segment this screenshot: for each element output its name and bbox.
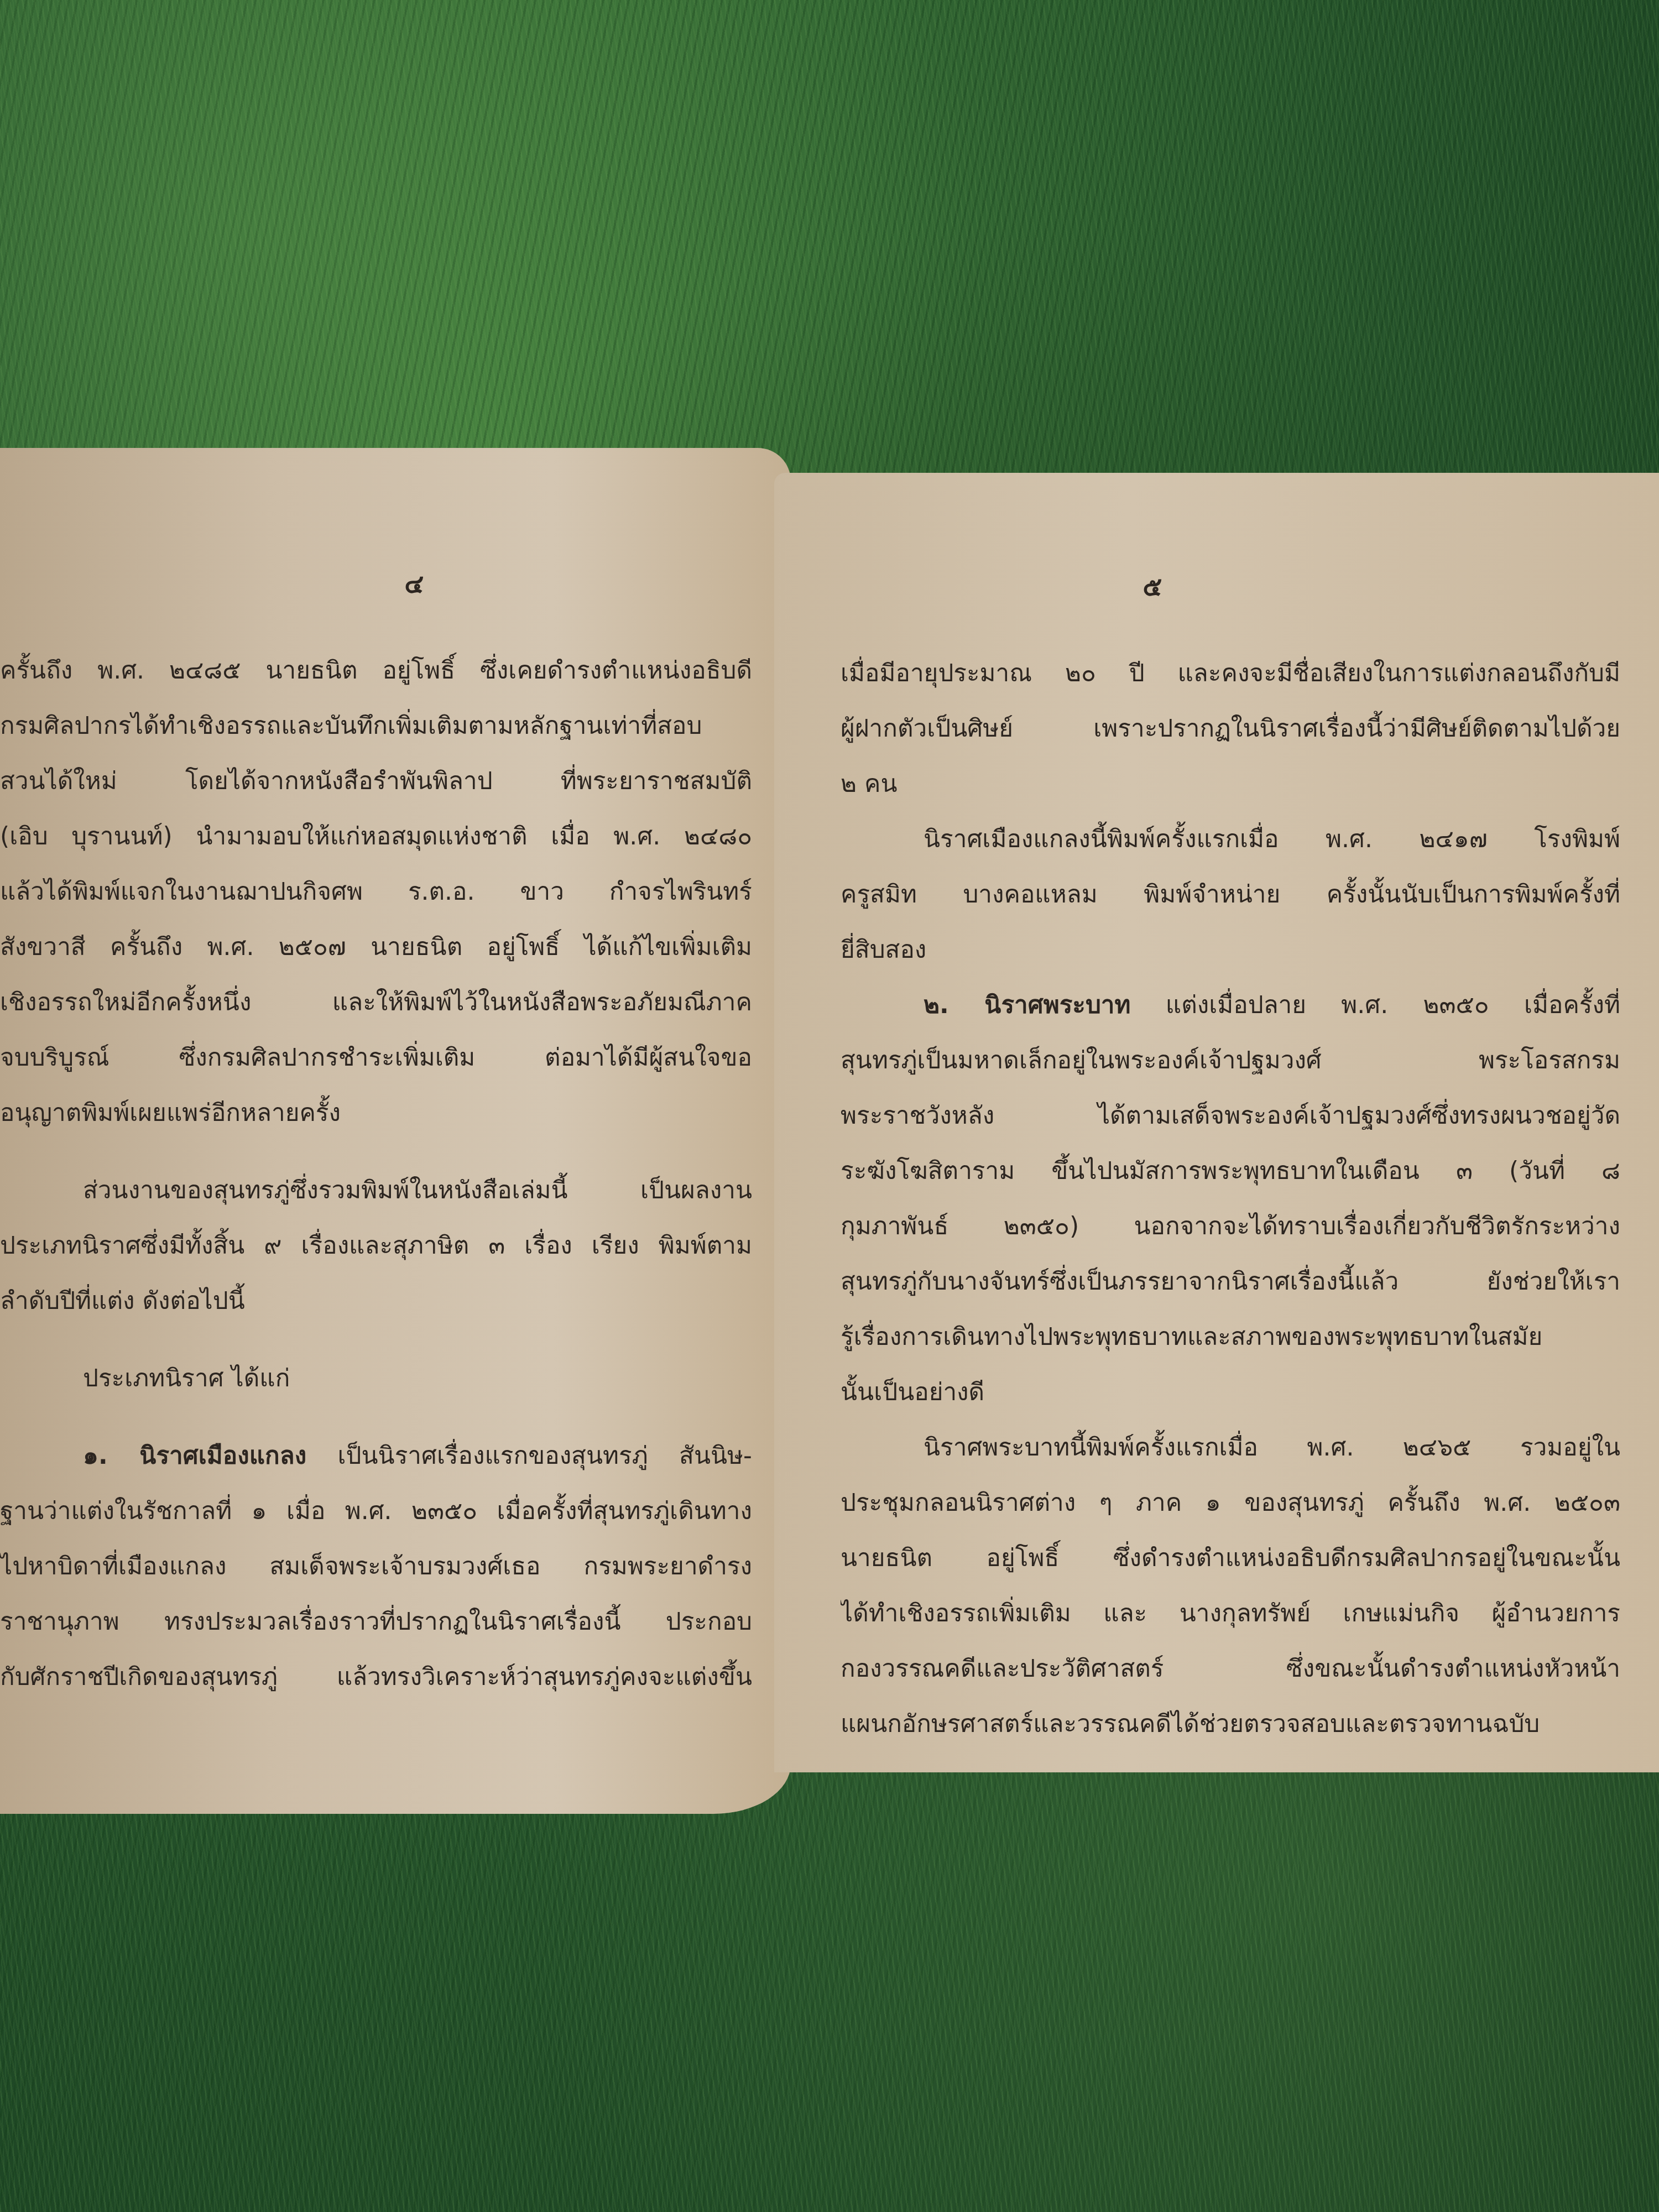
text-line: พระราชวังหลัง ได้ตามเสด็จพระองค์เจ้าปฐมว… xyxy=(841,1088,1620,1144)
line-text: ครูสมิท บางคอแหลม พิมพ์จำหน่าย ครั้งนั้น… xyxy=(841,880,1620,909)
paragraph-gap xyxy=(0,1329,752,1351)
line-text: ผู้ฝากตัวเป็นศิษย์ เพราะปรากฏในนิราศเรื่… xyxy=(841,714,1620,743)
paragraph-gap xyxy=(0,1406,752,1428)
paragraph-gap xyxy=(0,1141,752,1163)
text-line: สุนทรภู่เป็นมหาดเล็กอยู่ในพระองค์เจ้าปฐม… xyxy=(841,1033,1620,1088)
line-text: ฐานว่าแต่งในรัชกาลที่ ๑ เมื่อ พ.ศ. ๒๓๕๐ … xyxy=(0,1497,752,1525)
text-line: เชิงอรรถใหม่อีกครั้งหนึ่ง และให้พิมพ์ไว้… xyxy=(0,975,752,1030)
left-page: ๔ ครั้นถึง พ.ศ. ๒๔๘๕ นายธนิต อยู่โพธิ์ ซ… xyxy=(0,448,791,1814)
line-text: ราชานุภาพ ทรงประมวลเรื่องราวที่ปรากฏในนิ… xyxy=(0,1608,752,1636)
line-text: ประชุมกลอนนิราศต่าง ๆ ภาค ๑ ของสุนทรภู่ … xyxy=(841,1489,1620,1517)
line-text: สวนได้ใหม่ โดยได้จากหนังสือรำพันพิลาป ที… xyxy=(0,767,752,795)
line-text: รู้เรื่องการเดินทางไปพระพุทธบาทและสภาพขอ… xyxy=(841,1323,1542,1351)
line-text: กองวรรณคดีและประวัติศาสตร์ ซึ่งขณะนั้นดำ… xyxy=(841,1655,1620,1683)
line-text: กับศักราชปีเกิดของสุนทรภู่ แล้วทรงวิเครา… xyxy=(0,1663,752,1691)
text-line: ๒ คน xyxy=(841,757,1620,812)
text-line: สังขวาสี ครั้นถึง พ.ศ. ๒๕๐๗ นายธนิต อยู่… xyxy=(0,920,752,975)
line-text: พระราชวังหลัง ได้ตามเสด็จพระองค์เจ้าปฐมว… xyxy=(841,1102,1620,1130)
line-text: แล้วได้พิมพ์แจกในงานฌาปนกิจศพ ร.ต.อ. ขาว… xyxy=(0,878,752,906)
line-text: สุนทรภู่กับนางจันทร์ซึ่งเป็นภรรยาจากนิรา… xyxy=(841,1267,1620,1296)
text-line: ประชุมกลอนนิราศต่าง ๆ ภาค ๑ ของสุนทรภู่ … xyxy=(841,1475,1620,1531)
right-page: ๕ เมื่อมีอายุประมาณ ๒๐ ปี และคงจะมีชื่อเ… xyxy=(774,473,1659,1772)
text-line: กุมภาพันธ์ ๒๓๕๐) นอกจากจะได้ทราบเรื่องเก… xyxy=(841,1199,1620,1254)
text-line: ประเภทนิราศ ได้แก่ xyxy=(0,1351,752,1406)
line-text: กุมภาพันธ์ ๒๓๕๐) นอกจากจะได้ทราบเรื่องเก… xyxy=(841,1212,1620,1240)
text-line: ประเภทนิราศซึ่งมีทั้งสิ้น ๙ เรื่องและสุภ… xyxy=(0,1218,752,1274)
line-text: จบบริบูรณ์ ซึ่งกรมศิลปากรชำระเพิ่มเติม ต… xyxy=(0,1044,752,1072)
open-book: ๔ ครั้นถึง พ.ศ. ๒๔๘๕ นายธนิต อยู่โพธิ์ ซ… xyxy=(0,442,1659,1814)
text-line: อนุญาตพิมพ์เผยแพร่อีกหลายครั้ง xyxy=(0,1086,752,1141)
line-text: (เอิบ บุรานนท์) นำมามอบให้แก่หอสมุดแห่งช… xyxy=(0,822,752,851)
text-line: ไปหาบิดาที่เมืองแกลง สมเด็จพระเจ้าบรมวงศ… xyxy=(0,1539,752,1594)
text-line: จบบริบูรณ์ ซึ่งกรมศิลปากรชำระเพิ่มเติม ต… xyxy=(0,1030,752,1086)
text-line: นั้นเป็นอย่างดี xyxy=(841,1365,1620,1420)
text-line: นิราศเมืองแกลงนี้พิมพ์ครั้งแรกเมื่อ พ.ศ.… xyxy=(841,812,1620,867)
text-line: ระฆังโฆสิตาราม ขึ้นไปนมัสการพระพุทธบาทใน… xyxy=(841,1144,1620,1199)
text-line: นายธนิต อยู่โพธิ์ ซึ่งดำรงตำแหน่งอธิบดีก… xyxy=(841,1531,1620,1586)
text-line: แล้วได้พิมพ์แจกในงานฌาปนกิจศพ ร.ต.อ. ขาว… xyxy=(0,864,752,920)
line-text: อนุญาตพิมพ์เผยแพร่อีกหลายครั้ง xyxy=(0,1099,341,1127)
text-line: กับศักราชปีเกิดของสุนทรภู่ แล้วทรงวิเครา… xyxy=(0,1650,752,1705)
text-line: ส่วนงานของสุนทรภู่ซึ่งรวมพิมพ์ในหนังสือเ… xyxy=(0,1163,752,1218)
text-line: รู้เรื่องการเดินทางไปพระพุทธบาทและสภาพขอ… xyxy=(841,1310,1620,1365)
line-text: นิราศพระบาทนี้พิมพ์ครั้งแรกเมื่อ พ.ศ. ๒๔… xyxy=(924,1433,1620,1462)
section-heading: ๒. นิราศพระบาท xyxy=(924,991,1131,1019)
line-text: เมื่อมีอายุประมาณ ๒๐ ปี และคงจะมีชื่อเสี… xyxy=(841,659,1620,687)
text-line: ลำดับปีที่แต่ง ดังต่อไปนี้ xyxy=(0,1274,752,1329)
line-text: ครั้นถึง พ.ศ. ๒๔๘๕ นายธนิต อยู่โพธิ์ ซึ่… xyxy=(0,656,752,685)
text-line: สวนได้ใหม่ โดยได้จากหนังสือรำพันพิลาป ที… xyxy=(0,754,752,809)
line-text: แต่งเมื่อปลาย พ.ศ. ๒๓๕๐ เมื่อครั้งที่ xyxy=(1131,991,1620,1019)
text-line: ฐานว่าแต่งในรัชกาลที่ ๑ เมื่อ พ.ศ. ๒๓๕๐ … xyxy=(0,1484,752,1539)
line-text: สุนทรภู่เป็นมหาดเล็กอยู่ในพระองค์เจ้าปฐม… xyxy=(841,1046,1620,1074)
line-text: ระฆังโฆสิตาราม ขึ้นไปนมัสการพระพุทธบาทใน… xyxy=(841,1157,1620,1185)
line-text: กรมศิลปากรได้ทำเชิงอรรถและบันทึกเพิ่มเติ… xyxy=(0,712,702,740)
line-text: เป็นนิราศเรื่องแรกของสุนทรภู่ สันนิษ- xyxy=(306,1442,752,1470)
line-text: นายธนิต อยู่โพธิ์ ซึ่งดำรงตำแหน่งอธิบดีก… xyxy=(841,1544,1620,1572)
line-text: แผนกอักษรศาสตร์และวรรณคดีได้ช่วยตรวจสอบแ… xyxy=(841,1710,1540,1738)
line-text: นั้นเป็นอย่างดี xyxy=(841,1378,984,1406)
line-text: ประเภทนิราศซึ่งมีทั้งสิ้น ๙ เรื่องและสุภ… xyxy=(0,1232,752,1260)
left-page-body: ครั้นถึง พ.ศ. ๒๔๘๕ นายธนิต อยู่โพธิ์ ซึ่… xyxy=(0,643,752,1705)
line-text: ยี่สิบสอง xyxy=(841,936,926,964)
text-line: ได้ทำเชิงอรรถเพิ่มเติม และ นางกุลทรัพย์ … xyxy=(841,1586,1620,1641)
text-line: ๑. นิราศเมืองแกลง เป็นนิราศเรื่องแรกของส… xyxy=(0,1428,752,1484)
text-line: ราชานุภาพ ทรงประมวลเรื่องราวที่ปรากฏในนิ… xyxy=(0,1594,752,1650)
text-line: กองวรรณคดีและประวัติศาสตร์ ซึ่งขณะนั้นดำ… xyxy=(841,1641,1620,1697)
line-text: ได้ทำเชิงอรรถเพิ่มเติม และ นางกุลทรัพย์ … xyxy=(841,1599,1620,1627)
line-text: ไปหาบิดาที่เมืองแกลง สมเด็จพระเจ้าบรมวงศ… xyxy=(0,1552,752,1580)
text-line: ๒. นิราศพระบาท แต่งเมื่อปลาย พ.ศ. ๒๓๕๐ เ… xyxy=(841,978,1620,1033)
right-page-body: เมื่อมีอายุประมาณ ๒๐ ปี และคงจะมีชื่อเสี… xyxy=(841,646,1620,1752)
page-number-right: ๕ xyxy=(841,567,1620,607)
line-text: ประเภทนิราศ ได้แก่ xyxy=(83,1364,290,1392)
text-line: ผู้ฝากตัวเป็นศิษย์ เพราะปรากฏในนิราศเรื่… xyxy=(841,701,1620,757)
text-line: นิราศพระบาทนี้พิมพ์ครั้งแรกเมื่อ พ.ศ. ๒๔… xyxy=(841,1420,1620,1475)
text-line: แผนกอักษรศาสตร์และวรรณคดีได้ช่วยตรวจสอบแ… xyxy=(841,1697,1620,1752)
text-line: เมื่อมีอายุประมาณ ๒๐ ปี และคงจะมีชื่อเสี… xyxy=(841,646,1620,701)
text-line: สุนทรภู่กับนางจันทร์ซึ่งเป็นภรรยาจากนิรา… xyxy=(841,1254,1620,1310)
line-text: ส่วนงานของสุนทรภู่ซึ่งรวมพิมพ์ในหนังสือเ… xyxy=(83,1176,752,1204)
text-line: กรมศิลปากรได้ทำเชิงอรรถและบันทึกเพิ่มเติ… xyxy=(0,698,752,754)
line-text: ลำดับปีที่แต่ง ดังต่อไปนี้ xyxy=(0,1287,245,1315)
text-line: ครั้นถึง พ.ศ. ๒๔๘๕ นายธนิต อยู่โพธิ์ ซึ่… xyxy=(0,643,752,698)
line-text: นิราศเมืองแกลงนี้พิมพ์ครั้งแรกเมื่อ พ.ศ.… xyxy=(924,825,1620,853)
section-heading: ๑. นิราศเมืองแกลง xyxy=(83,1442,306,1470)
text-line: ยี่สิบสอง xyxy=(841,922,1620,978)
page-number-left: ๔ xyxy=(0,564,752,604)
line-text: สังขวาสี ครั้นถึง พ.ศ. ๒๕๐๗ นายธนิต อยู่… xyxy=(0,933,752,961)
text-line: (เอิบ บุรานนท์) นำมามอบให้แก่หอสมุดแห่งช… xyxy=(0,809,752,864)
line-text: ๒ คน xyxy=(841,770,898,798)
text-line: ครูสมิท บางคอแหลม พิมพ์จำหน่าย ครั้งนั้น… xyxy=(841,867,1620,922)
line-text: เชิงอรรถใหม่อีกครั้งหนึ่ง และให้พิมพ์ไว้… xyxy=(0,988,752,1016)
